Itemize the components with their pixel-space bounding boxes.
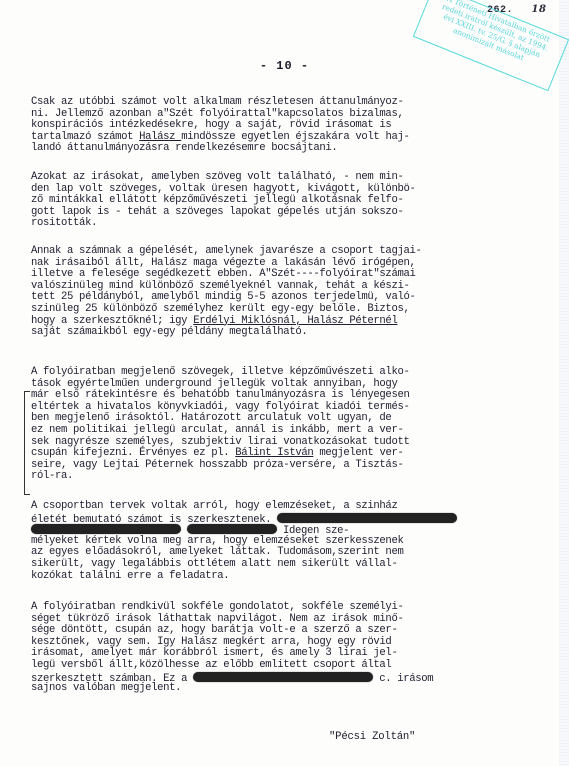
- line-text: illetve a felesége segédkezett ebben. A"…: [31, 268, 415, 280]
- line-text: ben megjelenő irásoktól. Határozott arcu…: [31, 412, 391, 424]
- underlined-name: Erdélyi Miklósnál, Halász Péternél: [193, 315, 397, 327]
- line-text: tások egyértelműen underground jellegük …: [31, 378, 397, 390]
- line-text: szinüleg 25 különböző személyhez került …: [31, 303, 409, 315]
- signature: "Pécsi Zoltán": [329, 731, 415, 743]
- line-text: ni. Jellemző azonban a"Szét folyóirattal…: [31, 108, 403, 120]
- paragraph-6: A folyóiratban rendkivül sokféle gondola…: [31, 602, 551, 695]
- text-line: seire, vagy Lejtai Péternek hosszabb pró…: [31, 460, 551, 472]
- line-text: valószinüleg mind különböző személyeknél…: [31, 280, 409, 292]
- paragraph-5: A csoportban tervek voltak arról, hogy e…: [31, 501, 551, 582]
- redaction-bar: [31, 524, 181, 534]
- text-line: A csoportban tervek voltak arról, hogy e…: [31, 501, 551, 513]
- text-line: ról-ra.: [31, 471, 551, 483]
- text-line: rositották.: [31, 218, 551, 230]
- line-text: rositották.: [31, 217, 97, 229]
- line-text: gott lapok is - tehát a szöveges lapokat…: [31, 206, 403, 218]
- line-text: den lap volt szöveges, voltak üresen hag…: [31, 183, 415, 195]
- line-text: eltértek a hivatalos könyvkiadói, vagy f…: [31, 401, 409, 413]
- line-text: Csak az utóbbi számot volt alkalmam rész…: [31, 96, 403, 108]
- line-text: konspirációs intézkedésekre, hogy a sajá…: [31, 119, 391, 131]
- redaction-bar: [187, 524, 277, 534]
- line-text: ző mintákkal ellátott képzőművészeti jel…: [31, 194, 403, 206]
- paragraph-1: Csak az utóbbi számot volt alkalmam rész…: [31, 97, 551, 155]
- line-text: tett 25 példányból, amelyből mindig 5-5 …: [31, 291, 415, 303]
- line-text: landó áttanulmányozásra rendelkezésemre …: [31, 142, 337, 154]
- paragraph-4: A folyóiratban megjelenő szövegek, illet…: [31, 367, 551, 483]
- text-line: életét bemutató számot is szerkesztenek.: [31, 513, 551, 525]
- paragraph-2: Azokat az irásokat, amelyben szöveg volt…: [31, 172, 551, 230]
- text-line: sajnos valóban megjelent.: [31, 683, 551, 695]
- line-text: A folyóiratban megjelenő szövegek, illet…: [31, 366, 409, 378]
- text-line: landó áttanulmányozásra rendelkezésemre …: [31, 143, 551, 155]
- underlined-name: Halász: [139, 131, 181, 143]
- line-text: már első rátekintésre és behatóbb tanulm…: [31, 389, 409, 401]
- margin-bracket-mark: [24, 391, 30, 495]
- handwritten-mark: 18: [532, 4, 547, 15]
- redaction-bar: [193, 672, 373, 682]
- line-text: sikerült, vagy legalábbis ottlétem alatt…: [31, 558, 397, 570]
- line-text: kozókat találni erre a feladatra.: [31, 570, 229, 582]
- line-text: sek nagyrésze személyes, szubjektiv lira…: [31, 436, 409, 448]
- line-text: seire, vagy Lejtai Péternek hosszabb pró…: [31, 459, 403, 471]
- line-text: c. irásom: [373, 673, 433, 685]
- page-number: - 10 -: [0, 59, 569, 73]
- paragraph-3: Annak a számnak a gépelését, amelynek ja…: [31, 246, 551, 339]
- line-text: nak irásaiból állt, Halász maga végezte …: [31, 257, 415, 269]
- text-line: saját számaikból egy-egy példány megtalá…: [31, 327, 551, 339]
- scan-edge: [559, 0, 569, 766]
- document-page: 262. 18 A Történeti Hivatalban őrzött re…: [0, 0, 569, 766]
- line-text: legü versből állt,közölhesse az előbb em…: [31, 659, 391, 671]
- line-text: irásomat, amelyet már korábbról ismert, …: [31, 647, 397, 659]
- line-text: tartalmazó számot: [31, 131, 139, 143]
- line-text: Annak a számnak a gépelését, amelynek ja…: [31, 245, 421, 257]
- line-text: ról-ra.: [31, 470, 73, 482]
- line-text: sajnos valóban megjelent.: [31, 682, 181, 694]
- line-text: hogy a szerkesztőknél; igy: [31, 315, 193, 327]
- line-text: megjelent ver-: [313, 447, 403, 459]
- line-text: csupán kifejezni. Érvényes ez pl.: [31, 447, 235, 459]
- redaction-bar: [277, 513, 457, 523]
- underlined-name: Bálint István: [235, 447, 313, 459]
- line-text: mindössze egyetlen éjszakára volt haj-: [181, 131, 409, 143]
- line-text: séget tükröző irások láthattak napvilágo…: [31, 613, 403, 625]
- line-text: A csoportban tervek voltak arról, hogy e…: [31, 500, 397, 512]
- line-text: ez nem politikai jellegü arculat, annál …: [31, 424, 403, 436]
- line-text: az egyes előadásokról, amelyeket láttak.…: [31, 546, 403, 558]
- text-line: kozókat találni erre a feladatra.: [31, 571, 551, 583]
- text-line: gott lapok is - tehát a szöveges lapokat…: [31, 207, 551, 219]
- line-text: saját számaikból egy-egy példány megtalá…: [31, 326, 307, 338]
- text-line: legü versből állt,közölhesse az előbb em…: [31, 660, 551, 672]
- line-text: mélyeket kértek volna meg arra, hogy ele…: [31, 535, 403, 547]
- line-text: A folyóiratban rendkivül sokféle gondola…: [31, 601, 403, 613]
- line-text: kesztőnek, vagy sem. Igy Halász megkért …: [31, 636, 391, 648]
- line-text: Azokat az irásokat, amelyben szöveg volt…: [31, 171, 403, 183]
- line-text: sége döntött, csupán az, hogy barátja vo…: [31, 624, 397, 636]
